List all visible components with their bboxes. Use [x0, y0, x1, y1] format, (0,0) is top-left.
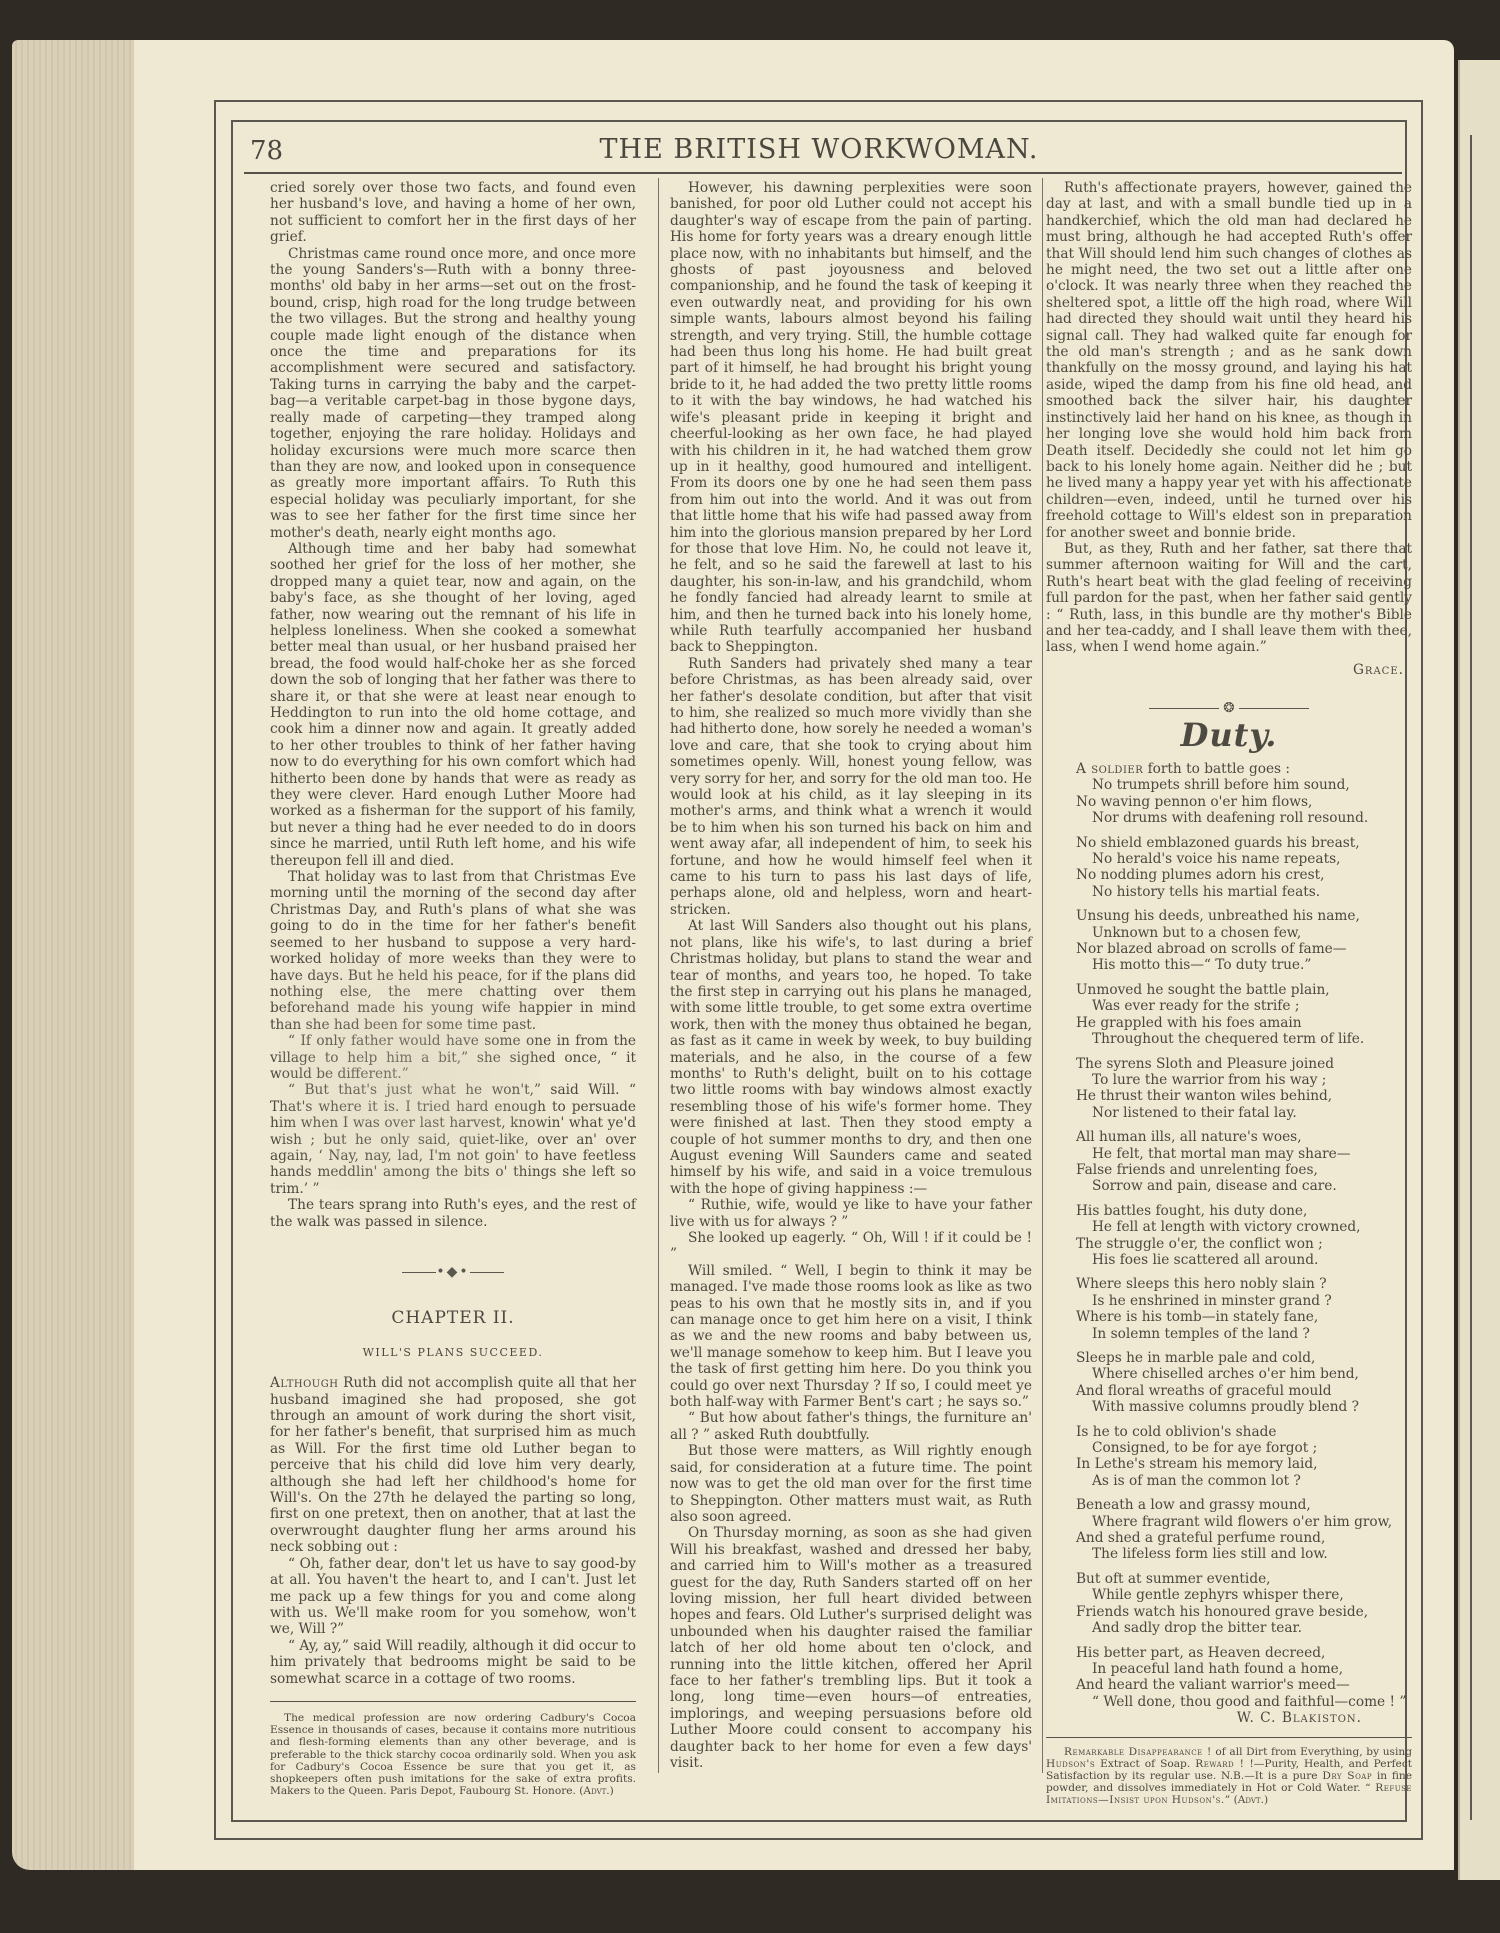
- poem-line: Was ever ready for the strife ;: [1076, 998, 1412, 1014]
- poem-line: His battles fought, his duty done,: [1076, 1203, 1412, 1219]
- running-title: THE BRITISH WORKWOMAN.: [244, 134, 1394, 165]
- advert-body: ”: [1225, 1794, 1234, 1806]
- header-rule: [244, 172, 1402, 174]
- poem-line: Unmoved he sought the battle plain,: [1076, 982, 1412, 998]
- poem-line: Sleeps he in marble pale and cold,: [1076, 1350, 1412, 1366]
- advert-reward: Reward !: [1195, 1758, 1244, 1770]
- paragraph: But those were matters, as Will rightly …: [670, 1443, 1032, 1525]
- paragraph: Ruth's affectionate prayers, however, ga…: [1046, 180, 1412, 541]
- paragraph: Will smiled. “ Well, I begin to think it…: [670, 1263, 1032, 1411]
- advert-body: Extract of Soap.: [1095, 1758, 1195, 1770]
- advert-mark: (Advt.): [579, 1785, 614, 1797]
- poem-stanza: Is he to cold oblivion's shade Consigned…: [1076, 1424, 1412, 1490]
- poem-line: Beneath a low and grassy mound,: [1076, 1497, 1412, 1513]
- paragraph: The tears sprang into Ruth's eyes, and t…: [270, 1197, 636, 1230]
- poem-title: Duty.: [1046, 727, 1412, 743]
- poem-stanza: The syrens Sloth and Pleasure joined To …: [1076, 1056, 1412, 1122]
- poem-line: False friends and unrelenting foes,: [1076, 1162, 1412, 1178]
- chapter-title: CHAPTER II.: [270, 1310, 636, 1326]
- drop-lead-word: Although: [270, 1375, 338, 1391]
- poem-line: Sorrow and pain, disease and care.: [1076, 1178, 1412, 1194]
- poem-line: Nor blazed abroad on scrolls of fame—: [1076, 941, 1412, 957]
- poem-line: No shield emblazoned guards his breast,: [1076, 835, 1412, 851]
- poem-ornament: ❂: [1046, 700, 1412, 716]
- poem-line: And heard the valiant warrior's meed—: [1076, 1677, 1412, 1693]
- paragraph: On Thursday morning, as soon as she had …: [670, 1525, 1032, 1771]
- column-divider-2: [1042, 178, 1043, 1773]
- paragraph: She looked up eagerly. “ Oh, Will ! if i…: [670, 1230, 1032, 1263]
- poem-line-text: forth to battle goes :: [1143, 761, 1290, 777]
- paragraph: However, his dawning perplexities were s…: [670, 180, 1032, 656]
- paragraph: “ Ruthie, wife, would ye like to have yo…: [670, 1197, 1032, 1230]
- paragraph: That holiday was to last from that Chris…: [270, 869, 636, 1033]
- story-signature: Grace.: [1046, 662, 1412, 678]
- poem-stanza: His battles fought, his duty done, He fe…: [1076, 1203, 1412, 1269]
- paragraph: Ruth Sanders had privately shed many a t…: [670, 656, 1032, 919]
- poem-stanza: No shield emblazoned guards his breast, …: [1076, 835, 1412, 901]
- paragraph: “ But how about father's things, the fur…: [670, 1410, 1032, 1443]
- poem-line: The lifeless form lies still and low.: [1076, 1546, 1412, 1562]
- paragraph: “ If only father would have some one in …: [270, 1033, 636, 1082]
- poem-line: No nodding plumes adorn his crest,: [1076, 867, 1412, 883]
- poem-line: No trumpets shrill before him sound,: [1076, 777, 1412, 793]
- advert-headline: Remarkable Disappearance !: [1064, 1746, 1212, 1758]
- advert-brand: Hudson's: [1046, 1758, 1095, 1770]
- poem-stanza: All human ills, all nature's woes, He fe…: [1076, 1129, 1412, 1195]
- paragraph: But, as they, Ruth and her father, sat t…: [1046, 541, 1412, 656]
- poem-stanza: Unsung his deeds, unbreathed his name, U…: [1076, 908, 1412, 974]
- column-divider-1: [658, 178, 659, 1773]
- poem-line: No history tells his martial feats.: [1076, 884, 1412, 900]
- poem-line: Nor listened to their fatal lay.: [1076, 1105, 1412, 1121]
- advert-text: The medical profession are now ordering …: [270, 1712, 636, 1797]
- book-page-edges: [12, 40, 134, 1870]
- poem-line: He thrust their wanton wiles behind,: [1076, 1088, 1412, 1104]
- column-3: Ruth's affectionate prayers, however, ga…: [1046, 180, 1412, 1807]
- poem-stanza: Beneath a low and grassy mound, Where fr…: [1076, 1497, 1412, 1563]
- poem-line: His motto this—“ To duty true.”: [1076, 957, 1412, 973]
- poem-line: And shed a grateful perfume round,: [1076, 1530, 1412, 1546]
- poem-line: The syrens Sloth and Pleasure joined: [1076, 1056, 1412, 1072]
- poem-line: In peaceful land hath found a home,: [1076, 1661, 1412, 1677]
- page-header: 78 THE BRITISH WORKWOMAN.: [244, 132, 1394, 177]
- paragraph: At last Will Sanders also thought out hi…: [670, 918, 1032, 1197]
- column-1: cried sorely over those two facts, and f…: [270, 180, 636, 1797]
- facing-page-rule: [1470, 135, 1472, 1820]
- poem-stanza: Unmoved he sought the battle plain, Was …: [1076, 982, 1412, 1048]
- poem-line: Consigned, to be for aye forgot ;: [1076, 1440, 1412, 1456]
- paragraph: cried sorely over those two facts, and f…: [270, 180, 636, 246]
- poem-line: Is he enshrined in minster grand ?: [1076, 1293, 1412, 1309]
- paragraph: Although time and her baby had somewhat …: [270, 541, 636, 869]
- poem-line: Where fragrant wild flowers o'er him gro…: [1076, 1514, 1412, 1530]
- advert-mark: (Advt.): [1234, 1794, 1269, 1806]
- ornament-glyph: •◆•: [436, 1264, 469, 1280]
- poem-line: Where chiselled arches o'er him bend,: [1076, 1366, 1412, 1382]
- advert-product: Dry Soap: [1322, 1770, 1372, 1782]
- poem-stanza: Where sleeps this hero nobly slain ? Is …: [1076, 1276, 1412, 1342]
- poem-line: With massive columns proudly blend ?: [1076, 1399, 1412, 1415]
- poem-stanza: Sleeps he in marble pale and cold, Where…: [1076, 1350, 1412, 1416]
- poem-line: Where sleeps this hero nobly slain ?: [1076, 1276, 1412, 1292]
- poem-line: As is of man the common lot ?: [1076, 1473, 1412, 1489]
- poem-line: A soldier forth to battle goes :: [1076, 761, 1412, 777]
- poem-author: W. C. Blakiston.: [1046, 1710, 1412, 1726]
- poem-stanza: His better part, as Heaven decreed, In p…: [1076, 1645, 1412, 1711]
- section-ornament: •◆•: [270, 1264, 636, 1280]
- ornament-glyph: ❂: [1219, 700, 1239, 716]
- advert-body: of all Dirt from Everything, by using: [1212, 1746, 1412, 1758]
- cadbury-advertisement: The medical profession are now ordering …: [270, 1701, 636, 1797]
- column-2: However, his dawning perplexities were s…: [670, 180, 1032, 1771]
- poem-line: His foes lie scattered all around.: [1076, 1252, 1412, 1268]
- poem-line: While gentle zephyrs whisper there,: [1076, 1587, 1412, 1603]
- advert-text: Remarkable Disappearance ! of all Dirt f…: [1046, 1746, 1412, 1807]
- poem-line: In solemn temples of the land ?: [1076, 1326, 1412, 1342]
- poem-stanza: A soldier forth to battle goes : No trum…: [1076, 761, 1412, 827]
- poem-line: And floral wreaths of graceful mould: [1076, 1383, 1412, 1399]
- poem-line: Unsung his deeds, unbreathed his name,: [1076, 908, 1412, 924]
- paragraph: “ Ay, ay,” said Will readily, although i…: [270, 1638, 636, 1687]
- poem-line: To lure the warrior from his way ;: [1076, 1072, 1412, 1088]
- poem-line: “ Well done, thou good and faithful—come…: [1076, 1694, 1412, 1710]
- paragraph: “ But that's just what he won't,” said W…: [270, 1082, 636, 1197]
- poem-line: No herald's voice his name repeats,: [1076, 851, 1412, 867]
- poem-line: No waving pennon o'er him flows,: [1076, 794, 1412, 810]
- poem-line: Unknown but to a chosen few,: [1076, 925, 1412, 941]
- poem-line: Nor drums with deafening roll resound.: [1076, 810, 1412, 826]
- poem-line: Friends watch his honoured grave beside,: [1076, 1604, 1412, 1620]
- hudsons-soap-advertisement: Remarkable Disappearance ! of all Dirt f…: [1046, 1737, 1412, 1807]
- poem-line: But oft at summer eventide,: [1076, 1571, 1412, 1587]
- poem-line: All human ills, all nature's woes,: [1076, 1129, 1412, 1145]
- poem-stanza: But oft at summer eventide, While gentle…: [1076, 1571, 1412, 1637]
- poem-line: And sadly drop the bitter tear.: [1076, 1620, 1412, 1636]
- poem-line: He felt, that mortal man may share—: [1076, 1146, 1412, 1162]
- paragraph: Christmas came round once more, and once…: [270, 246, 636, 541]
- poem-first-word: A soldier: [1076, 761, 1143, 777]
- facing-page-edge: [1458, 60, 1500, 1880]
- poem-line: He fell at length with victory crowned,: [1076, 1219, 1412, 1235]
- poem-line: Throughout the chequered term of life.: [1076, 1031, 1412, 1047]
- chapter-subtitle: WILL'S PLANS SUCCEED.: [270, 1345, 636, 1361]
- paragraph: “ Oh, father dear, don't let us have to …: [270, 1556, 636, 1638]
- poem-line: The struggle o'er, the conflict won ;: [1076, 1236, 1412, 1252]
- paragraph: Although Ruth did not accomplish quite a…: [270, 1375, 636, 1555]
- poem-line: He grappled with his foes amain: [1076, 1015, 1412, 1031]
- paragraph-text: Ruth did not accomplish quite all that h…: [270, 1375, 636, 1555]
- poem-line: Where is his tomb—in stately fane,: [1076, 1309, 1412, 1325]
- poem-line: In Lethe's stream his memory laid,: [1076, 1456, 1412, 1472]
- poem-line: His better part, as Heaven decreed,: [1076, 1645, 1412, 1661]
- poem-line: Is he to cold oblivion's shade: [1076, 1424, 1412, 1440]
